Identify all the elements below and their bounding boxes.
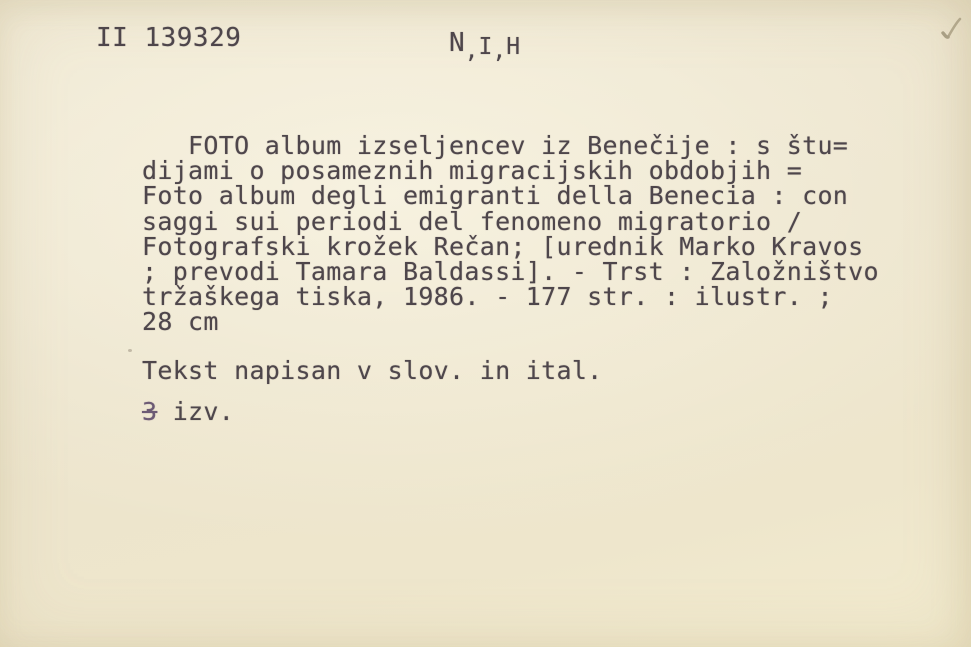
classification-letter: N — [449, 28, 465, 58]
paper-speck — [128, 349, 132, 352]
bibliographic-description: FOTO album izseljencev iz Benečije : s š… — [142, 133, 879, 335]
classification-code: N,I,H — [449, 28, 520, 58]
classification-comma: , — [492, 38, 506, 64]
copies-label: izv. — [157, 397, 234, 426]
classification-comma: , — [465, 38, 479, 64]
catalog-card: II 139329 N,I,H FOTO album izseljencev i… — [0, 0, 971, 647]
classification-letter: I — [479, 34, 493, 60]
classification-letter: H — [506, 34, 520, 60]
pen-checkmark-icon — [933, 16, 965, 44]
call-number: II 139329 — [96, 23, 241, 53]
copies-statement: 3 izv. — [142, 397, 234, 426]
language-note: Tekst napisan v slov. in ital. — [142, 356, 603, 385]
copies-number: 3 — [142, 397, 157, 426]
